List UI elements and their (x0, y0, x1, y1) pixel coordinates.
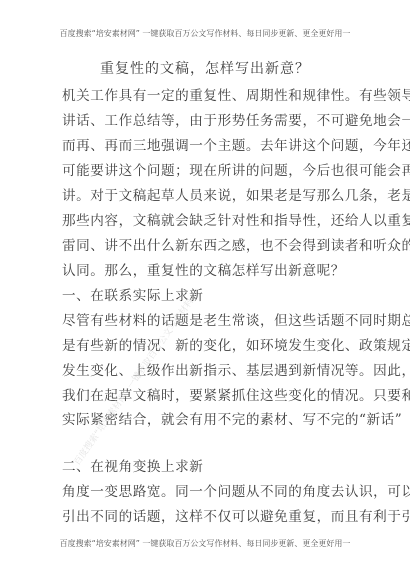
body-line: 雷同、讲不出什么新东西之感，也不会得到读者和听众的 (62, 238, 352, 254)
document-title: 重复性的文稿，怎样写出新意？ (0, 58, 410, 78)
body-line: 我们在起草文稿时，要紧紧抓住这些变化的情况。只要和 (62, 388, 352, 404)
body-line: 认同。那么，重复性的文稿怎样写出新意呢？ (62, 263, 352, 279)
body-line: 引出不同的话题，这样不仅可以避免重复，而且有利于引 (62, 509, 352, 525)
document-page: 百度搜索“培安素材网” 一键获取百万公文写作材料、每日同步更新、更全更好用一 重… (0, 0, 410, 580)
body-line: 机关工作具有一定的重复性、周期性和规律性。有些领导 (62, 88, 352, 104)
body-line: 讲。对于文稿起草人员来说，如果老是写那么几条，老是 (62, 188, 352, 204)
body-line: 讲话、工作总结等，由于形势任务需要，不可避免地会一 (62, 113, 352, 129)
body-line: 角度一变思路宽。同一个问题从不同的角度去认识，可以 (62, 484, 352, 500)
body-line: 发生变化、上级作出新指示、基层遇到新情况等。因此， (62, 363, 352, 379)
body-line: 那些内容，文稿就会缺乏针对性和指导性，还给人以重复 (62, 213, 352, 229)
section-heading-2: 二、在视角变换上求新 (62, 459, 352, 475)
body-line: 而再、再而三地强调一个主题。去年讲这个问题，今年还 (62, 138, 352, 154)
body-line: 尽管有些材料的话题是老生常谈，但这些话题不同时期总 (62, 313, 352, 329)
section-heading-1: 一、在联系实际上求新 (62, 288, 352, 304)
body-line: 是有些新的情况、新的变化，如环境发生变化、政策规定 (62, 338, 352, 354)
header-banner: 百度搜索“培安素材网” 一键获取百万公文写作材料、每日同步更新、更全更好用一 (0, 28, 410, 39)
body-line: 实际紧密结合，就会有用不完的素材、写不完的“新话” (62, 412, 352, 428)
body-line: 可能要讲这个问题；现在所讲的问题，今后也很可能会再 (62, 163, 352, 179)
footer-banner: 百度搜索“培安素材网” 一键获取百万公文写作材料、每日同步更新、更全更好用一 (0, 538, 410, 549)
